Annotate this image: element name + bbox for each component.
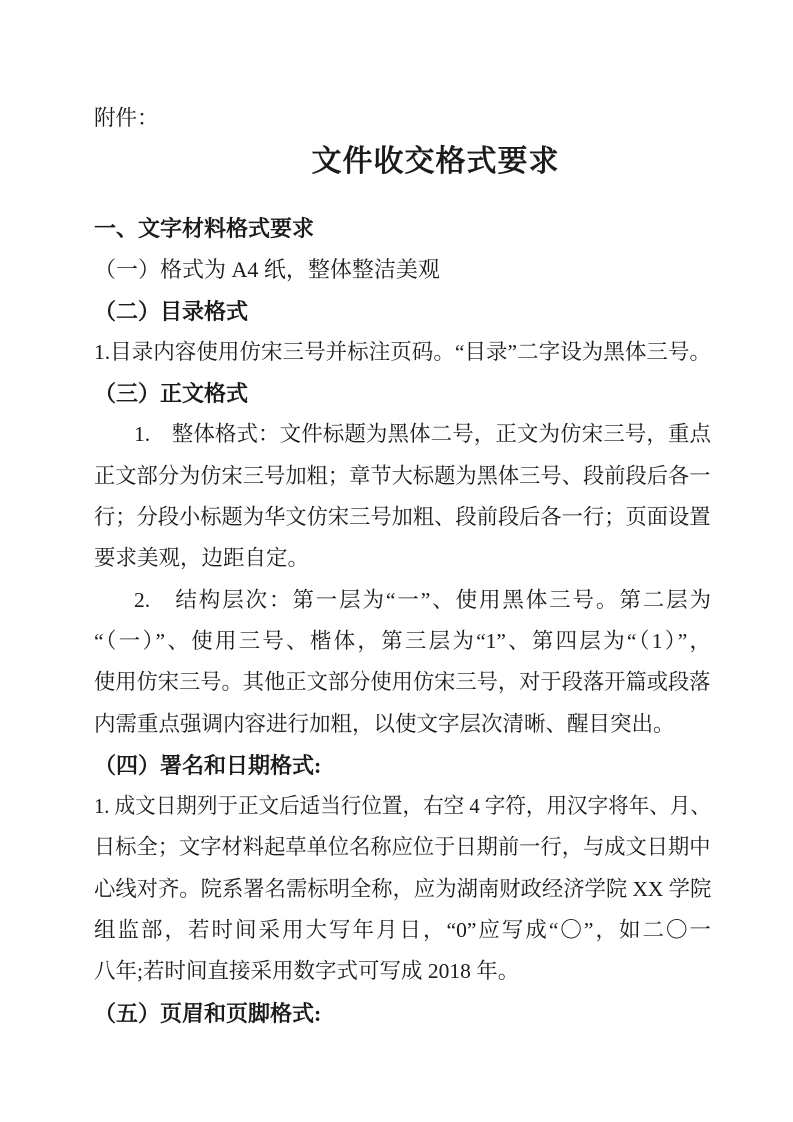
doc-line-3: （二）目录格式	[94, 291, 711, 332]
doc-line-13: 内需重点强调内容进行加粗，以使文字层次清晰、醒目突出。	[94, 704, 711, 745]
doc-line-16: 日标全；文字材料起草单位名称应位于日期前一行，与成文日期中	[94, 827, 704, 868]
doc-line-20: （五）页眉和页脚格式:	[94, 993, 711, 1034]
doc-line-14: （四）署名和日期格式:	[94, 745, 711, 786]
doc-line-17: 心线对齐。院系署名需标明全称，应为湖南财政经济学院 XX 学院	[94, 869, 706, 910]
title-spacer	[94, 185, 711, 208]
doc-line-6: 1. 整体格式：文件标题为黑体二号，正文为仿宋三号，重点	[94, 414, 711, 455]
document-title: 文件收交格式要求	[94, 139, 711, 185]
doc-line-15: 1. 成文日期列于正文后适当行位置，右空 4 字符，用汉字将年、月、	[94, 786, 684, 827]
doc-line-9: 要求美观，边距自定。	[94, 538, 711, 579]
doc-line-4: 1.目录内容使用仿宋三号并标注页码。“目录”二字设为黑体三号。	[94, 332, 711, 373]
doc-line-1: 一、文字材料格式要求	[94, 208, 711, 249]
doc-line-2: （一）格式为 A4 纸，整体整洁美观	[94, 249, 711, 290]
document-content: 附件： 文件收交格式要求 一、文字材料格式要求（一）格式为 A4 纸，整体整洁美…	[0, 0, 793, 1034]
doc-line-8: 行；分段小标题为华文仿宋三号加粗、段前段后各一行；页面设置	[94, 497, 704, 538]
doc-line-18: 组监部，若时间采用大写年月日，“0”应写成“〇”，如二〇一	[94, 910, 711, 951]
document-body: 一、文字材料格式要求（一）格式为 A4 纸，整体整洁美观（二）目录格式1.目录内…	[94, 208, 711, 1034]
doc-line-7: 正文部分为仿宋三号加粗；章节大标题为黑体三号、段前段后各一	[94, 456, 704, 497]
doc-line-5: （三）正文格式	[94, 373, 711, 414]
document-page: 附件： 文件收交格式要求 一、文字材料格式要求（一）格式为 A4 纸，整体整洁美…	[0, 0, 793, 1122]
doc-line-19: 八年;若时间直接采用数字式可写成 2018 年。	[94, 951, 711, 992]
doc-line-10: 2. 结构层次：第一层为“一”、使用黑体三号。第二层为	[94, 580, 711, 621]
doc-line-12: 使用仿宋三号。其他正文部分使用仿宋三号，对于段落开篇或段落	[94, 662, 704, 703]
doc-line-11: “（一）”、使用三号、楷体，第三层为“1”、第四层为“（1）”，	[94, 621, 711, 662]
attachment-label: 附件：	[94, 97, 711, 139]
